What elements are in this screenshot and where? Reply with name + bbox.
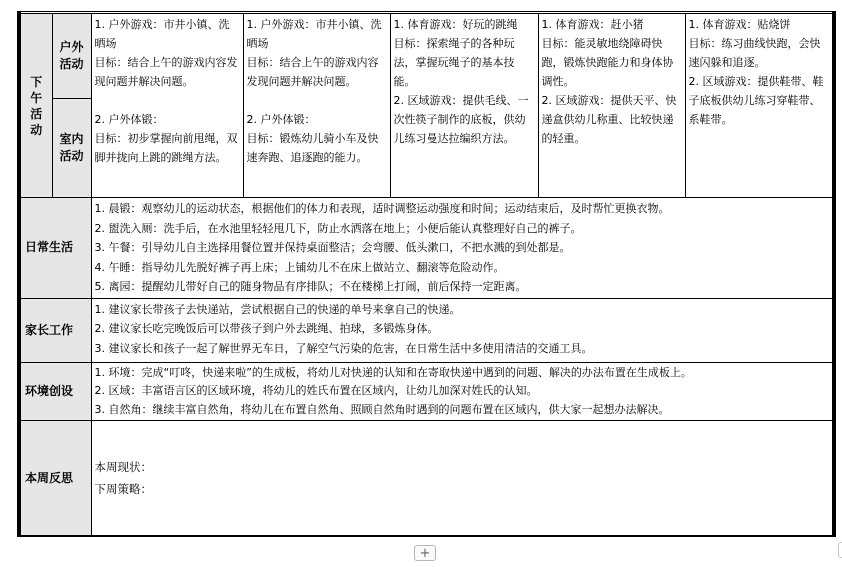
document-page: 下 午 活 动 户外 活动 1. 户外游戏：市井小镇、洗晒场 目标：结合上午的游… [0,0,842,567]
outdoor-activity-goal: 目标：练习曲线快跑，会快速闪躲和追逐。 [689,34,830,72]
afternoon-label-char: 下 [23,74,50,90]
afternoon-label-char: 午 [23,90,50,106]
outdoor-label-line: 活动 [55,56,89,73]
plus-icon: + [420,546,431,561]
afternoon-label: 下 午 活 动 [19,13,52,198]
reflection-label: 本周反思 [19,421,91,537]
add-row-button[interactable]: + [414,545,436,561]
environment-item: 2. 区域：丰富语言区的区域环境，将幼儿的姓氏布置在区域内，让幼儿加深对姓氏的认… [95,382,830,401]
indoor-label-line: 室内 [55,131,89,148]
indoor-label-line: 活动 [55,148,89,165]
afternoon-day-1[interactable]: 1. 户外游戏：市井小镇、洗晒场 目标：结合上午的游戏内容发现问题并解决问题。 … [91,13,243,198]
afternoon-label-char: 动 [23,122,50,138]
daily-life-row: 日常生活 1. 晨锻：观察幼儿的运动状态，根据他们的体力和表现，适时调整运动强度… [19,198,834,299]
indoor-activity-label: 室内 活动 [52,98,91,197]
outdoor-activity-title: 1. 体育游戏：好玩的跳绳 [394,15,535,34]
parent-work-item: 3. 建议家长和孩子一起了解世界无车日，了解空气污染的危害，在日常生活中多使用清… [95,339,830,359]
outdoor-activity-title: 1. 户外游戏：市井小镇、洗晒场 [95,15,240,53]
afternoon-day-2[interactable]: 1. 户外游戏：市井小镇、洗晒场 目标：结合上午的游戏内容发现问题并解决问题。 … [243,13,390,198]
outdoor-activity-title: 1. 体育游戏：贴烧饼 [689,15,830,34]
daily-life-item: 5. 离园：提醒幼儿带好自己的随身物品有序排队；不在楼梯上打闹，前后保持一定距离… [95,277,830,297]
parent-work-row: 家长工作 1. 建议家长带孩子去快递站，尝试根据自己的快递的单号来拿自己的快递。… [19,298,834,362]
outdoor-activity-goal: 目标：能灵敏地绕障碍快跑，锻炼快跑能力和身体协调性。 [542,34,682,91]
daily-life-content[interactable]: 1. 晨锻：观察幼儿的运动状态，根据他们的体力和表现，适时调整运动强度和时间；运… [91,198,834,299]
afternoon-row: 下 午 活 动 户外 活动 1. 户外游戏：市井小镇、洗晒场 目标：结合上午的游… [19,13,834,99]
parent-work-item: 2. 建议家长吃完晚饭后可以带孩子到户外去跳绳、拍球，多锻炼身体。 [95,319,830,339]
environment-row: 环境创设 1. 环境：完成“叮咚，快递来啦”的生成板，将幼儿对快递的认知和在寄取… [19,362,834,421]
daily-life-item: 3. 午餐：引导幼儿自主选择用餐位置并保持桌面整洁；会弯腰、低头漱口，不把水溅的… [95,238,830,258]
environment-item: 1. 环境：完成“叮咚，快递来啦”的生成板，将幼儿对快递的认知和在寄取快递中遇到… [95,364,830,383]
reflection-row: 本周反思 本周现状： 下周策略： [19,421,834,537]
current-status-label: 本周现状： [95,456,830,478]
outdoor-activity-title: 1. 户外游戏：市井小镇、洗晒场 [247,15,387,53]
environment-content[interactable]: 1. 环境：完成“叮咚，快递来啦”的生成板，将幼儿对快递的认知和在寄取快递中遇到… [91,362,834,421]
environment-label: 环境创设 [19,362,91,421]
environment-item: 3. 自然角：继续丰富自然角，将幼儿在布置自然角、照顾自然角时遇到的问题布置在区… [95,401,830,420]
parent-work-item: 1. 建议家长带孩子去快递站，尝试根据自己的快递的单号来拿自己的快递。 [95,300,830,320]
daily-life-item: 4. 午睡：指导幼儿先脱好裤子再上床；上铺幼儿不在床上做站立、翻滚等危险动作。 [95,258,830,278]
outdoor-activity-goal: 目标：结合上午的游戏内容发现问题并解决问题。 [247,53,387,91]
daily-life-item: 1. 晨锻：观察幼儿的运动状态，根据他们的体力和表现，适时调整运动强度和时间；运… [95,199,830,219]
outdoor-label-line: 户外 [55,39,89,56]
indoor-activity-text: 2. 区域游戏：提供天平、快递盒供幼儿称重、比较快递的轻重。 [542,91,682,148]
parent-work-content[interactable]: 1. 建议家长带孩子去快递站，尝试根据自己的快递的单号来拿自己的快递。 2. 建… [91,298,834,362]
outdoor-activity-title: 1. 体育游戏：赶小猪 [542,15,682,34]
afternoon-label-char: 活 [23,106,50,122]
resize-handle[interactable] [838,542,842,558]
indoor-activity-goal: 目标：锻炼幼儿骑小车及快速奔跑、追逐跑的能力。 [247,129,387,167]
daily-life-item: 2. 盥洗入厕：洗手后，在水池里轻轻甩几下，防止水洒落在地上；小便后能认真整理好… [95,219,830,239]
daily-life-label: 日常生活 [19,198,91,299]
afternoon-day-3[interactable]: 1. 体育游戏：好玩的跳绳 目标：探索绳子的各种玩法，掌握玩绳子的基本技能。 2… [390,13,538,198]
indoor-activity-text: 2. 区域游戏：提供鞋带、鞋子底板供幼儿练习穿鞋带、系鞋带。 [689,72,830,129]
indoor-activity-text: 2. 区域游戏：提供毛线、一次性筷子制作的底板，供幼儿练习曼达拉编织方法。 [394,91,535,148]
indoor-activity-title: 2. 户外体锻： [95,110,240,129]
outdoor-activity-goal: 目标：探索绳子的各种玩法，掌握玩绳子的基本技能。 [394,34,535,91]
indoor-activity-title: 2. 户外体锻： [247,110,387,129]
parent-work-label: 家长工作 [19,298,91,362]
afternoon-day-5[interactable]: 1. 体育游戏：贴烧饼 目标：练习曲线快跑，会快速闪躲和追逐。 2. 区域游戏：… [685,13,834,198]
outdoor-activity-label: 户外 活动 [52,13,91,99]
reflection-content[interactable]: 本周现状： 下周策略： [91,421,834,537]
outdoor-activity-goal: 目标：结合上午的游戏内容发现问题并解决问题。 [95,53,240,91]
next-strategy-label: 下周策略： [95,478,830,500]
weekly-plan-table: 下 午 活 动 户外 活动 1. 户外游戏：市井小镇、洗晒场 目标：结合上午的游… [17,11,836,537]
afternoon-day-4[interactable]: 1. 体育游戏：赶小猪 目标：能灵敏地绕障碍快跑，锻炼快跑能力和身体协调性。 2… [538,13,685,198]
indoor-activity-goal: 目标：初步掌握向前甩绳，双脚并拢向上跳的跳绳方法。 [95,129,240,167]
